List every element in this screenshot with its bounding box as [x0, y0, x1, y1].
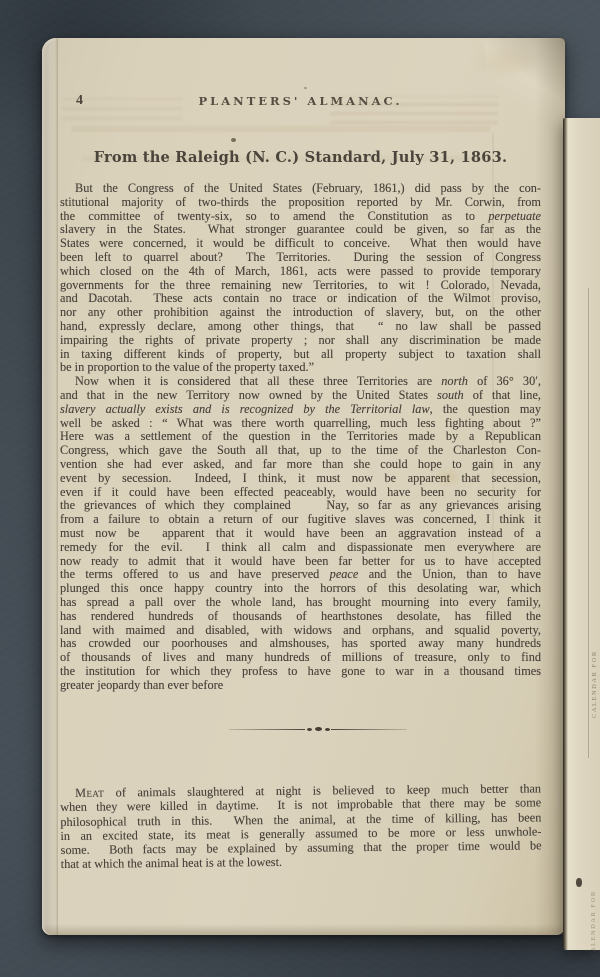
text-line: greater jeopardy than ever before	[60, 679, 541, 693]
text-line: well be asked : “ What was there worth q…	[60, 417, 541, 431]
text-line: Congress, which gave the South all that,…	[60, 444, 541, 458]
page-header: 4 PLANTERS' ALMANAC.	[60, 93, 541, 109]
text-line: the terms offered to us and have preserv…	[60, 568, 541, 582]
text-line: hand, expressly declare, among other thi…	[60, 320, 541, 334]
text-line: land with maimed and disabled, with wido…	[60, 624, 541, 638]
article-title: From the Raleigh (N. C.) Standard, July …	[60, 149, 541, 166]
text-line: and Dacotah. These acts contain no trace…	[60, 292, 541, 306]
text-line: slavery in the States. What stronger gua…	[60, 223, 541, 237]
article-body: But the Congress of the United States (F…	[60, 182, 541, 692]
text-line: But the Congress of the United States (F…	[60, 182, 541, 196]
page-corner-fold	[485, 38, 565, 138]
text-line: which closed on the 4th of March, 1861, …	[60, 265, 541, 279]
text-line: has spread a pall over the whole land, h…	[60, 596, 541, 610]
text-line: the institution for which they profess t…	[60, 665, 541, 679]
text-line: the grievances of which they complained …	[60, 499, 541, 513]
text-line: the committee of twenty-six, so to amend…	[60, 210, 541, 224]
text-line: has crowded our poorhouses and almshouse…	[60, 637, 541, 651]
text-line: governments for the three remaining new …	[60, 279, 541, 293]
divider-ornament	[307, 728, 312, 731]
show-through-ghost	[72, 126, 490, 132]
next-page-vertical-text: CALENDAR FOR	[591, 408, 598, 718]
text-line: been left to quarrel about? The Territor…	[60, 251, 541, 265]
divider-rule	[229, 729, 305, 730]
text-line: even if it could have been effected peac…	[60, 486, 541, 500]
text-line: States were concerned, it would be diffi…	[60, 237, 541, 251]
divider-ornament	[325, 728, 330, 731]
text-line: must now be apparent that it would have …	[60, 527, 541, 541]
text-line: nor any other prohibition against the in…	[60, 306, 541, 320]
text-line: Now when it is considered that all these…	[60, 375, 541, 389]
text-line: plunged this once happy country into the…	[60, 582, 541, 596]
book-page: 4 PLANTERS' ALMANAC. From the Raleigh (N…	[42, 38, 565, 935]
text-line: of thousands of lives and many hundreds …	[60, 651, 541, 665]
meat-note-body: Meat of animals slaughtered at night is …	[60, 781, 542, 871]
text-line: and that in the new Territory now owned …	[60, 389, 541, 403]
text-line: in taxing different kinds of property, b…	[60, 348, 541, 362]
text-line: from a failure to obtain a return of our…	[60, 513, 541, 527]
text-line: slavery actually exists and is recognize…	[60, 403, 541, 417]
text-line: vention she had ever asked, and far more…	[60, 458, 541, 472]
ink-speck	[304, 87, 307, 89]
next-page-sliver: CALENDAR FOR CALENDAR FOR	[563, 118, 600, 950]
divider-rule	[331, 729, 407, 730]
text-line: event by secession. Indeed, I think, it …	[60, 472, 541, 486]
text-line: Here was a settlement of the question in…	[60, 430, 541, 444]
running-header: PLANTERS' ALMANAC.	[60, 94, 541, 108]
divider-ornament	[315, 727, 322, 731]
text-line: has rendered hundreds of thousands of he…	[60, 610, 541, 624]
text-line: be in proportion to the value of the pro…	[60, 361, 541, 375]
next-page-vertical-text: CALENDAR FOR	[590, 808, 597, 958]
next-page-table-border	[588, 288, 589, 758]
ink-speck	[576, 878, 582, 887]
text-line: stitutional majority of two-thirds the p…	[60, 196, 541, 210]
ink-speck	[231, 138, 236, 142]
text-line: now ready to admit that it would have be…	[60, 555, 541, 569]
text-line: remedy for the evil. I think all calm an…	[60, 541, 541, 555]
page-bottom-edge	[44, 924, 563, 935]
scanned-almanac-photo: 4 PLANTERS' ALMANAC. From the Raleigh (N…	[0, 0, 600, 977]
page-edge-strip	[42, 38, 58, 935]
section-divider	[229, 726, 407, 732]
text-line: impairing the rights of private property…	[60, 334, 541, 348]
